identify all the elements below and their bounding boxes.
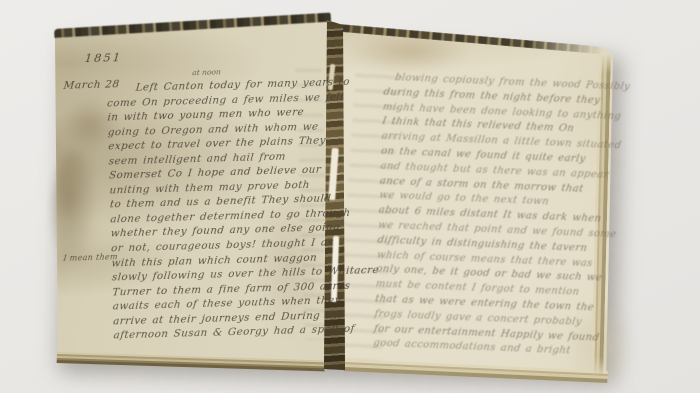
interlinear-insertion: at noon xyxy=(192,67,221,77)
diary-photograph: 1851 March 28 at noon I mean them Left C… xyxy=(0,0,700,393)
year-heading: 1851 xyxy=(84,50,123,65)
right-page-lines: blowing copiously from the wood Possibly… xyxy=(373,71,630,362)
left-page-handwriting: 1851 March 28 at noon I mean them Left C… xyxy=(55,22,350,365)
right-page-handwriting: blowing copiously from the wood Possibly… xyxy=(327,26,621,382)
